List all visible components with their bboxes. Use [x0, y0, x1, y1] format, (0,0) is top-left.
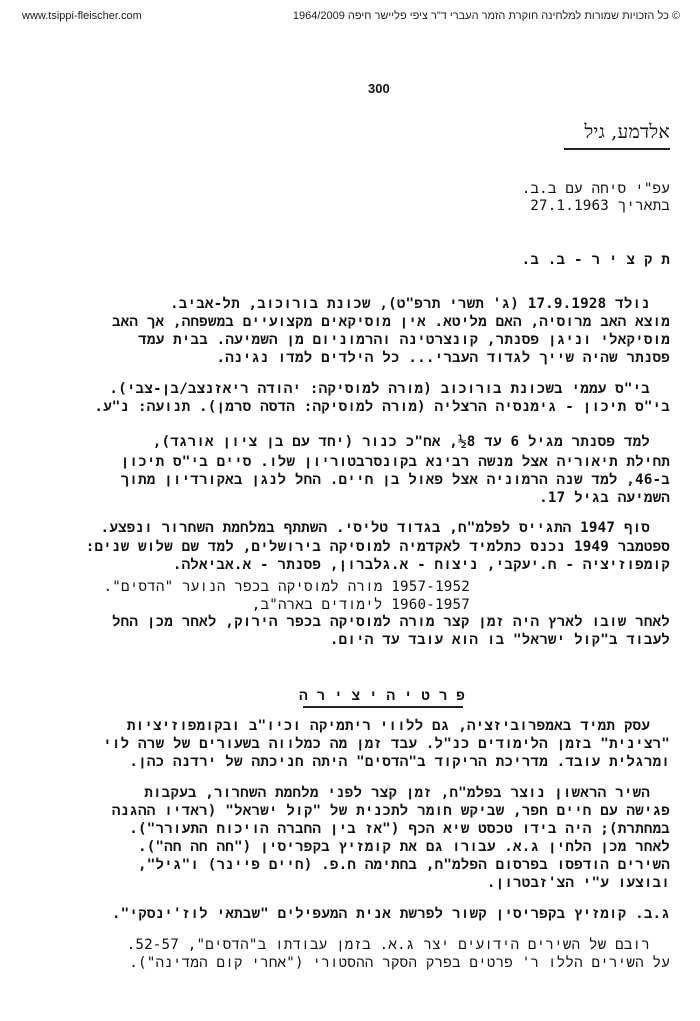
bio-line: השמיעה בגיל 17.	[539, 490, 670, 507]
bio-line: תחילת תיאוריה אצל מנשה רבינא בקונסרבטורי…	[121, 454, 670, 471]
creation-heading-underline	[303, 706, 463, 708]
creation-heading: פ ר ט י ה י צ י ר ה	[299, 688, 465, 705]
page-number: 300	[368, 81, 390, 96]
creation-line: השירים הודפסו בפרסום הפלמ"ח, בחתימה ח.פ.…	[138, 857, 670, 874]
bio-line: למד פסנתר מגיל 6 עד 8½, אח"כ כנור (יחד ע…	[153, 434, 650, 451]
bio-line: בי"ס עממי בשכונת בורוכוב (מורה למוסיקה: …	[109, 381, 650, 398]
bio-line: נולד 17.9.1928 (ג' תשרי תרפ"ט), שכונת בו…	[170, 296, 650, 313]
creation-line: השיר הראשון נוצר בפלמ"ח, זמן קצר לפני מל…	[144, 785, 650, 802]
bio-line: מוסיקאלי וניגן פסנתר, קונצרטינה והרמוניו…	[138, 332, 670, 349]
bio-line: פסנתר שהיה שייך לגדוד העברי... כל הילדים…	[217, 350, 670, 367]
creation-line: במחתרת); היה בידו טכסט שיא הכף ("אז בין …	[129, 821, 670, 838]
bio-line: לעבוד ב"קול ישראל" בו הוא עובד עד היום.	[330, 632, 670, 649]
bio-line: סוף 1947 התגייס לפלמ"ח, בגדוד טליסי. השת…	[101, 520, 650, 537]
bio-line: ב-46, למד שנה הרמוניה אצל פאול בן חיים. …	[121, 472, 670, 489]
creation-line: ומרגלית עובד. מדריכת הריקוד ב"הדסים" הית…	[129, 754, 670, 771]
title-underline	[564, 148, 670, 150]
timeline-entry: 1957-1952 מורה למוסיקה בכפר הנוער "הדסים…	[104, 579, 470, 596]
creation-line: פגישה עם חיים חפר, שביקש חומר לתכנית של …	[112, 803, 670, 820]
page-header: www.tsippi-fleischer.com © כל הזכויות שמ…	[0, 8, 700, 26]
bio-line: לאחר שובו לארץ היה זמן קצר מורה למוסיקה …	[112, 614, 670, 631]
creation-line: עסק תמיד באמפרוביזציה, גם ללווי ריתמיקה …	[127, 718, 650, 735]
summary-heading: ת ק צ י ר - ב. ב.	[522, 252, 670, 269]
creation-line: לאחר מכן הלחין ג.א. עבורו גם את קומזיץ ב…	[138, 839, 670, 856]
source-line-2: בתאריך 27.1.1963	[530, 198, 670, 215]
bio-line: ספטמבר 1949 נכנס כתלמיד לאקדמיה למוסיקה …	[86, 539, 670, 556]
creation-line: ג.ב. קומזיץ בקפריסין קשור לפרשת אנית המע…	[112, 906, 670, 923]
bio-line: מוצא האב מרוסיה, האם מליטא. אין מוסיקאים…	[112, 314, 670, 331]
document-title: אלדמע, גיל	[584, 121, 670, 144]
creation-line: ובוצעו ע"י הצ'זבטרון.	[487, 875, 670, 892]
source-line-1: עפ"י סיחה עם ב.ב.	[522, 181, 670, 198]
creation-line: רובם של השירים הידועים יצר ג.א. בזמן עבו…	[127, 937, 650, 954]
creation-line: על השירים הללו ר' פרטים בפרק הסקר ההסטור…	[129, 955, 670, 972]
site-url-link[interactable]: www.tsippi-fleischer.com	[22, 10, 142, 22]
timeline-entry: 1960-1957 לימודים בארה"ב,	[252, 597, 470, 614]
copyright-notice: © כל הזכויות שמורות למלחינה חוקרת הזמר ה…	[293, 10, 680, 22]
bio-line: קומפוזיציה - ח.יעקבי, ניצוח - א.גלברון, …	[173, 557, 670, 574]
bio-line: בי"ס תיכון - גימנסיה הרצליה (מורה למוסיק…	[94, 399, 670, 416]
creation-line: "רצינית" בזמן הלימודים כנ"ל. עבד זמן מה …	[103, 736, 670, 753]
